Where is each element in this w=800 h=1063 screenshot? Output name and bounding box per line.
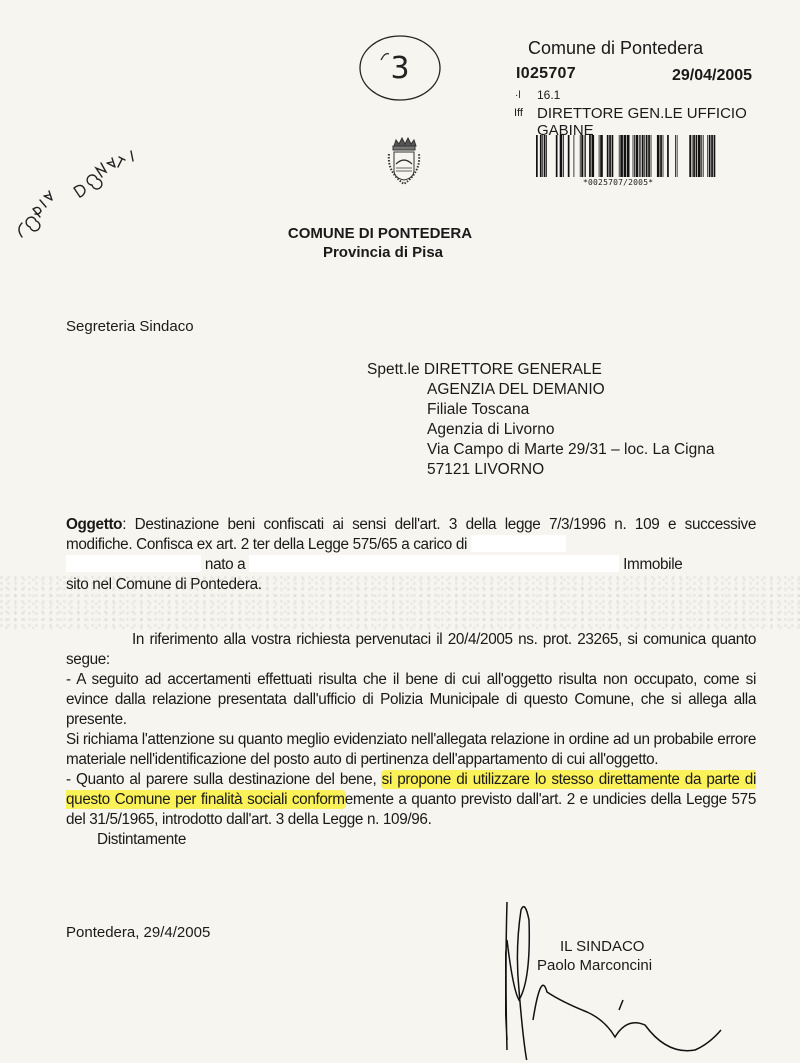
- office-prefix: Iff: [514, 107, 523, 119]
- body-paragraph: - Quanto al parere sulla destinazione de…: [66, 770, 756, 830]
- protocol-date: 29/04/2005: [672, 67, 752, 85]
- recipient-line: DIRETTORE GENERALE: [424, 361, 602, 378]
- recipient-line: Agenzia di Livorno: [367, 420, 715, 440]
- stamp-office: Comune di Pontedera: [528, 38, 703, 59]
- circled-number-annotation: 3: [355, 30, 445, 102]
- subject-text: : Destinazione beni confiscati ai sensi …: [66, 516, 756, 553]
- coat-of-arms-icon: [380, 132, 428, 190]
- signatory-name: Paolo Marconcini: [537, 957, 652, 974]
- letterhead-subtitle: Provincia di Pisa: [0, 244, 800, 261]
- body-paragraph: In riferimento alla vostra richiesta per…: [66, 630, 756, 670]
- recipient-line: 57121 LIVORNO: [367, 460, 715, 480]
- place-and-date: Pontedera, 29/4/2005: [66, 924, 210, 941]
- protocol-number: I025707: [516, 65, 576, 83]
- barcode-icon: [536, 135, 718, 177]
- redacted-birthplace: [249, 555, 619, 572]
- recipient-address: Spett.le DIRETTORE GENERALE AGENZIA DEL …: [367, 360, 715, 480]
- letterhead-title: COMUNE DI PONTEDERA: [0, 225, 800, 242]
- body-paragraph: Si richiama l'attenzione su quanto megli…: [66, 730, 756, 770]
- letter-body: In riferimento alla vostra richiesta per…: [66, 630, 756, 850]
- svg-text:3: 3: [390, 51, 409, 86]
- recipient-line: Filiale Toscana: [367, 400, 715, 420]
- subject-paragraph: Oggetto: Destinazione beni confiscati ai…: [66, 515, 756, 595]
- redacted-name: [471, 535, 566, 552]
- subject-label: Oggetto: [66, 516, 122, 533]
- body-text-segment: - Quanto al parere sulla destinazione de…: [66, 771, 382, 788]
- signatory-role: IL SINDACO: [560, 938, 644, 955]
- recipient-line: Via Campo di Marte 29/31 – loc. La Cigna: [367, 440, 715, 460]
- addressed-office: DIRETTORE GEN.LE UFFICIO GABINE: [537, 105, 800, 139]
- sender-department: Segreteria Sindaco: [66, 318, 194, 335]
- handwritten-signature-icon: [505, 900, 775, 1060]
- subject-property-label: Immobile: [623, 556, 682, 573]
- classification-prefix: ·l: [515, 90, 521, 101]
- recipient-line: AGENZIA DEL DEMANIO: [367, 380, 715, 400]
- letterhead: COMUNE DI PONTEDERA Provincia di Pisa: [0, 225, 800, 261]
- body-paragraph: - A seguito ad accertamenti effettuati r…: [66, 670, 756, 730]
- barcode-text: *0025707/2005*: [583, 178, 653, 187]
- closing-salutation: Distintamente: [66, 830, 756, 850]
- redacted-name: [66, 555, 201, 572]
- recipient-salutation: Spett.le: [367, 361, 420, 378]
- subject-born-label: nato a: [205, 556, 245, 573]
- classification-code: 16.1: [537, 88, 560, 102]
- letter-page: 3 Comune di Pontedera I025707 29/04/2005…: [0, 0, 800, 1063]
- subject-location: sito nel Comune di Pontedera.: [66, 576, 262, 593]
